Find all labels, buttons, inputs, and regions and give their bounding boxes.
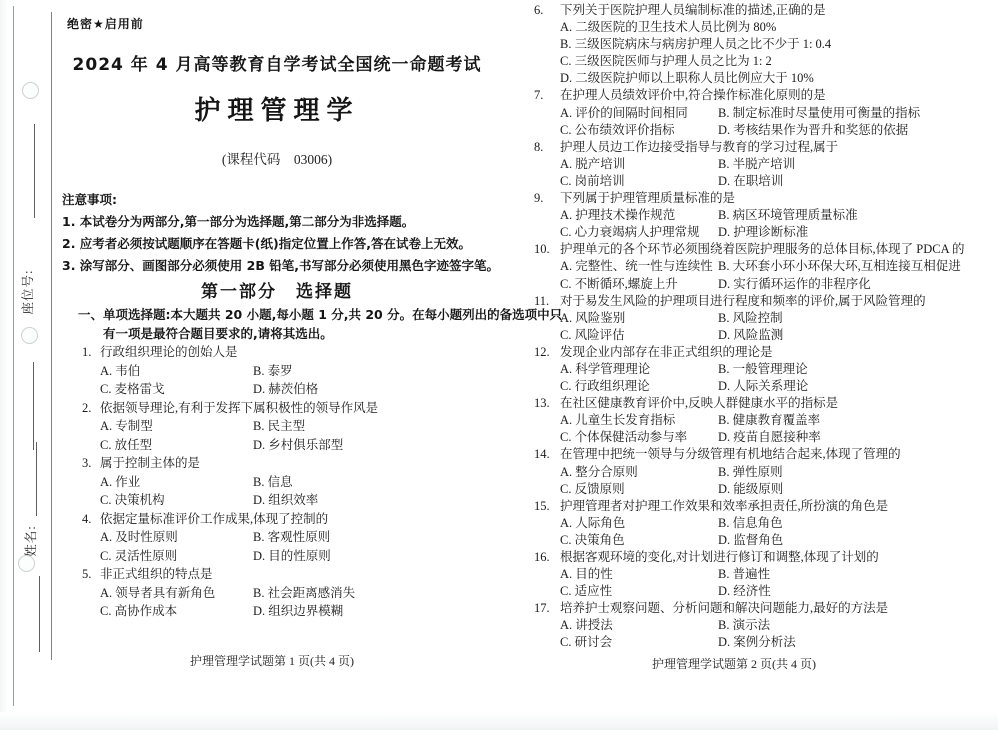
option-b: B. 信息 [253,473,502,492]
question-text: 下列属于护理管理质量标准的是 [560,190,735,207]
name-blank-line [36,442,37,516]
question-stem: 13. 在社区健康教育评价中,反映人群健康水平的指标是 [534,395,994,412]
option-c: C. 研讨会 [560,634,718,651]
question-text: 在管理中把统一领导与分级管理有机地结合起来,体现了管理的 [560,446,901,463]
question-stem: 4. 依据定量标准评价工作成果,体现了控制的 [82,510,502,529]
option-c: C. 决策机构 [100,491,253,510]
option-c: C. 决策角色 [560,532,718,549]
option-b: B. 制定标准时尽量使用可衡量的指标 [718,105,994,122]
question-number: 7. [534,87,560,104]
question-stem: 12. 发现企业内部存在非正式组织的理论是 [534,344,994,361]
question-block: 12. 发现企业内部存在非正式组织的理论是 A. 科学管理理论 B. 一般管理理… [534,344,994,395]
option-b: B. 弹性原则 [718,464,994,481]
option-c: C. 高协作成本 [100,602,253,621]
option-a: A. 科学管理理论 [560,361,718,378]
scan-edge-left [0,0,8,730]
option-d: D. 实行循环运作的非程序化 [718,276,994,293]
question-stem: 7. 在护理人员绩效评价中,符合操作标准化原则的是 [534,87,994,104]
option-c: C. 适应性 [560,583,718,600]
option-b: B. 半脱产培训 [718,156,994,173]
option-d: D. 经济性 [718,583,994,600]
question-number: 8. [534,139,560,156]
question-options: A. 目的性 B. 普遍性 C. 适应性 D. 经济性 [534,566,994,600]
question-text: 在社区健康教育评价中,反映人群健康水平的指标是 [560,395,838,412]
option-a: A. 脱产培训 [560,156,718,173]
option-b: B. 大环套小环小环保大环,互相连接互相促进 [718,258,994,275]
subject-title: 护理管理学 [62,90,492,127]
question-block: 8. 护理人员边工作边接受指导与教育的学习过程,属于 A. 脱产培训 B. 半脱… [534,139,994,190]
instruction-line: 一、单项选择题:本大题共 20 小题,每小题 1 分,共 20 分。在每小题列出… [78,306,562,325]
question-options: A. 人际角色 B. 信息角色 C. 决策角色 D. 监督角色 [534,515,994,549]
question-number: 11. [534,293,560,310]
question-stem: 3. 属于控制主体的是 [82,454,502,473]
option-d: D. 疫苗自愿接种率 [718,429,994,446]
question-options: A. 儿童生长发育指标 B. 健康教育覆盖率 C. 个体保健活动参与率 D. 疫… [534,412,994,446]
seat-number-label: 座位号: [18,270,36,315]
notes-heading: 注意事项: [62,190,117,208]
question-number: 9. [534,190,560,207]
question-block: 4. 依据定量标准评价工作成果,体现了控制的 A. 及时性原则 B. 客观性原则… [82,510,502,566]
part-one-title: 第一部分 选择题 [62,277,492,302]
question-number: 16. [534,549,560,566]
option-a: A. 目的性 [560,566,718,583]
seal-rule-line [33,362,34,450]
question-block: 9. 下列属于护理管理质量标准的是 A. 护理技术操作规范 B. 病区环境管理质… [534,190,994,241]
question-options: A. 及时性原则 B. 客观性原则 C. 灵活性原则 D. 目的性原则 [82,528,502,565]
question-block: 14. 在管理中把统一领导与分级管理有机地结合起来,体现了管理的 A. 整分合原… [534,446,994,497]
question-stem: 10. 护理单元的各个环节必须围绕着医院护理服务的总体目标,体现了 PDCA 的 [534,241,994,258]
option-d: D. 能级原则 [718,481,994,498]
questions-column-left: 1. 行政组织理论的创始人是 A. 韦伯 B. 泰罗 C. 麦格雷戈 D. 赫茨… [82,343,502,621]
option-a: A. 评价的间隔时间相同 [560,105,718,122]
question-stem: 14. 在管理中把统一领导与分级管理有机地结合起来,体现了管理的 [534,446,994,463]
page-footer-2: 护理管理学试题第 2 页(共 4 页) [534,655,934,672]
question-number: 2. [82,399,100,418]
option-a: A. 专制型 [100,417,253,436]
question-options: A. 科学管理理论 B. 一般管理理论 C. 行政组织理论 D. 人际关系理论 [534,361,994,395]
option-c: C. 不断循环,螺旋上升 [560,276,718,293]
question-block: 1. 行政组织理论的创始人是 A. 韦伯 B. 泰罗 C. 麦格雷戈 D. 赫茨… [82,343,502,399]
question-text: 护理单元的各个环节必须围绕着医院护理服务的总体目标,体现了 PDCA 的 [560,241,965,258]
question-number: 14. [534,446,560,463]
option-c: C. 公布绩效评价指标 [560,122,718,139]
option-b: B. 泰罗 [253,362,502,381]
scan-edge-bottom [0,712,998,730]
option-d: D. 目的性原则 [253,547,502,566]
option-c: C. 岗前培训 [560,173,718,190]
option-d: D. 人际关系理论 [718,378,994,395]
option-d: D. 赫茨伯格 [253,380,502,399]
question-text: 下列关于医院护理人员编制标准的描述,正确的是 [560,2,826,19]
question-stem: 5. 非正式组织的特点是 [82,565,502,584]
option-d: D. 二级医院护师以上职称人员比例应大于 10% [560,70,994,87]
question-text: 依据定量标准评价工作成果,体现了控制的 [100,510,328,529]
option-a: A. 及时性原则 [100,528,253,547]
name-label: 姓名: [21,525,39,556]
option-d: D. 监督角色 [718,532,994,549]
question-text: 根据客观环境的变化,对计划进行修订和调整,体现了计划的 [560,549,879,566]
option-c: C. 反馈原则 [560,481,718,498]
question-block: 3. 属于控制主体的是 A. 作业 B. 信息 C. 决策机构 D. 组织效率 [82,454,502,510]
question-block: 13. 在社区健康教育评价中,反映人群健康水平的指标是 A. 儿童生长发育指标 … [534,395,994,446]
option-c: C. 行政组织理论 [560,378,718,395]
question-stem: 2. 依据领导理论,有利于发挥下属积极性的领导作风是 [82,399,502,418]
note-item: 1. 本试卷分为两部分,第一部分为选择题,第二部分为非选择题。 [62,211,499,233]
option-a: A. 领导者具有新角色 [100,584,253,603]
question-text: 依据领导理论,有利于发挥下属积极性的领导作风是 [100,399,378,418]
option-b: B. 风险控制 [718,310,994,327]
option-d: D. 风险监测 [718,327,994,344]
option-d: D. 考核结果作为晋升和奖惩的依据 [718,122,994,139]
option-d: D. 在职培训 [718,173,994,190]
question-block: 2. 依据领导理论,有利于发挥下属积极性的领导作风是 A. 专制型 B. 民主型… [82,399,502,455]
question-text: 非正式组织的特点是 [100,565,213,584]
question-number: 4. [82,510,100,529]
option-a: A. 完整性、统一性与连续性 [560,258,718,275]
question-options: A. 领导者具有新角色 B. 社会距离感消失 C. 高协作成本 D. 组织边界模… [82,584,502,621]
option-b: B. 客观性原则 [253,528,502,547]
option-a: A. 风险鉴别 [560,310,718,327]
question-number: 13. [534,395,560,412]
exam-title: 2024 年 4 月高等教育自学考试全国统一命题考试 [62,50,492,75]
option-a: A. 整分合原则 [560,464,718,481]
option-c: C. 风险评估 [560,327,718,344]
option-a: A. 护理技术操作规范 [560,207,718,224]
option-c: C. 灵活性原则 [100,547,253,566]
option-d: D. 组织边界模糊 [253,602,502,621]
option-d: D. 护理诊断标准 [718,224,994,241]
question-block: 11. 对于易发生风险的护理项目进行程度和频率的评价,属于风险管理的 A. 风险… [534,293,994,344]
question-number: 6. [534,2,560,19]
punch-hole [22,82,39,99]
question-number: 5. [82,565,100,584]
question-options: A. 整分合原则 B. 弹性原则 C. 反馈原则 D. 能级原则 [534,464,994,498]
question-block: 6. 下列关于医院护理人员编制标准的描述,正确的是 A. 二级医院的卫生技术人员… [534,2,994,87]
note-item: 2. 应考者必须按试题顺序在答题卡(纸)指定位置上作答,答在试卷上无效。 [62,233,499,255]
question-stem: 17. 培养护士观察问题、分析问题和解决问题能力,最好的方法是 [534,600,994,617]
question-stem: 8. 护理人员边工作边接受指导与教育的学习过程,属于 [534,139,994,156]
notes-list: 1. 本试卷分为两部分,第一部分为选择题,第二部分为非选择题。 2. 应考者必须… [62,211,499,277]
option-a: A. 作业 [100,473,253,492]
questions-column-right: 6. 下列关于医院护理人员编制标准的描述,正确的是 A. 二级医院的卫生技术人员… [534,2,994,652]
seat-number-blank-line [34,124,35,218]
option-b: B. 信息角色 [718,515,994,532]
question-text: 培养护士观察问题、分析问题和解决问题能力,最好的方法是 [560,600,888,617]
question-text: 对于易发生风险的护理项目进行程度和频率的评价,属于风险管理的 [560,293,926,310]
question-stem: 15. 护理管理者对护理工作效果和效率承担责任,所扮演的角色是 [534,498,994,515]
question-options: A. 护理技术操作规范 B. 病区环境管理质量标准 C. 心力衰竭病人护理常规 … [534,207,994,241]
option-a: A. 儿童生长发育指标 [560,412,718,429]
question-options: A. 脱产培训 B. 半脱产培训 C. 岗前培训 D. 在职培训 [534,156,994,190]
scanned-exam-paper: 座位号: 姓名: 绝密★启用前 2024 年 4 月高等教育自学考试全国统一命题… [0,0,998,730]
classification-banner: 绝密★启用前 [67,15,144,32]
option-b: B. 三级医院病床与病房护理人员之比不少于 1: 0.4 [560,36,994,53]
question-text: 发现企业内部存在非正式组织的理论是 [560,344,773,361]
option-b: B. 一般管理理论 [718,361,994,378]
question-options: A. 二级医院的卫生技术人员比例为 80% B. 三级医院病床与病房护理人员之比… [534,19,994,87]
option-b: B. 健康教育覆盖率 [718,412,994,429]
question-number: 12. [534,344,560,361]
option-b: B. 病区环境管理质量标准 [718,207,994,224]
question-text: 行政组织理论的创始人是 [100,343,238,362]
option-c: C. 三级医院医师与护理人员之比为 1: 2 [560,53,994,70]
question-number: 15. [534,498,560,515]
punch-hole [18,555,35,572]
option-c: C. 个体保健活动参与率 [560,429,718,446]
question-block: 17. 培养护士观察问题、分析问题和解决问题能力,最好的方法是 A. 讲授法 B… [534,600,994,651]
option-d: D. 组织效率 [253,491,502,510]
question-number: 3. [82,454,100,473]
instruction-line: 有一项是最符合题目要求的,请将其选出。 [78,325,562,344]
option-a: A. 二级医院的卫生技术人员比例为 80% [560,19,994,36]
option-b: B. 民主型 [253,417,502,436]
question-options: A. 专制型 B. 民主型 C. 放任型 D. 乡村俱乐部型 [82,417,502,454]
option-a: A. 讲授法 [560,617,718,634]
note-item: 3. 涂写部分、画图部分必须使用 2B 铅笔,书写部分必须使用黑色字迹签字笔。 [62,255,499,277]
question-options: A. 风险鉴别 B. 风险控制 C. 风险评估 D. 风险监测 [534,310,994,344]
option-b: B. 普遍性 [718,566,994,583]
question-options: A. 作业 B. 信息 C. 决策机构 D. 组织效率 [82,473,502,510]
course-code: (课程代码 03006) [62,148,492,168]
option-a: A. 人际角色 [560,515,718,532]
seal-line-inner [51,12,52,660]
question-stem: 16. 根据客观环境的变化,对计划进行修订和调整,体现了计划的 [534,549,994,566]
question-block: 7. 在护理人员绩效评价中,符合操作标准化原则的是 A. 评价的间隔时间相同 B… [534,87,994,138]
option-d: D. 乡村俱乐部型 [253,436,502,455]
question-number: 17. [534,600,560,617]
option-d: D. 案例分析法 [718,634,994,651]
question-block: 16. 根据客观环境的变化,对计划进行修订和调整,体现了计划的 A. 目的性 B… [534,549,994,600]
question-options: A. 讲授法 B. 演示法 C. 研讨会 D. 案例分析法 [534,617,994,651]
option-b: B. 演示法 [718,617,994,634]
option-b: B. 社会距离感消失 [253,584,502,603]
question-stem: 6. 下列关于医院护理人员编制标准的描述,正确的是 [534,2,994,19]
question-options: A. 韦伯 B. 泰罗 C. 麦格雷戈 D. 赫茨伯格 [82,362,502,399]
page-footer-1: 护理管理学试题第 1 页(共 4 页) [62,652,482,669]
question-stem: 11. 对于易发生风险的护理项目进行程度和频率的评价,属于风险管理的 [534,293,994,310]
punch-hole [21,327,38,344]
question-block: 15. 护理管理者对护理工作效果和效率承担责任,所扮演的角色是 A. 人际角色 … [534,498,994,549]
question-text: 护理人员边工作边接受指导与教育的学习过程,属于 [560,139,838,156]
question-number: 1. [82,343,100,362]
option-c: C. 放任型 [100,436,253,455]
question-text: 在护理人员绩效评价中,符合操作标准化原则的是 [560,87,826,104]
option-c: C. 麦格雷戈 [100,380,253,399]
seal-rule-line [39,576,40,652]
question-text: 属于控制主体的是 [100,454,200,473]
section-instruction: 一、单项选择题:本大题共 20 小题,每小题 1 分,共 20 分。在每小题列出… [78,306,562,343]
question-text: 护理管理者对护理工作效果和效率承担责任,所扮演的角色是 [560,498,888,515]
question-options: A. 完整性、统一性与连续性 B. 大环套小环小环保大环,互相连接互相促进 C.… [534,258,994,292]
question-stem: 1. 行政组织理论的创始人是 [82,343,502,362]
question-block: 5. 非正式组织的特点是 A. 领导者具有新角色 B. 社会距离感消失 C. 高… [82,565,502,621]
question-number: 10. [534,241,560,258]
question-options: A. 评价的间隔时间相同 B. 制定标准时尽量使用可衡量的指标 C. 公布绩效评… [534,105,994,139]
question-stem: 9. 下列属于护理管理质量标准的是 [534,190,994,207]
seal-line-outer [13,6,14,706]
question-block: 10. 护理单元的各个环节必须围绕着医院护理服务的总体目标,体现了 PDCA 的… [534,241,994,292]
option-c: C. 心力衰竭病人护理常规 [560,224,718,241]
option-a: A. 韦伯 [100,362,253,381]
